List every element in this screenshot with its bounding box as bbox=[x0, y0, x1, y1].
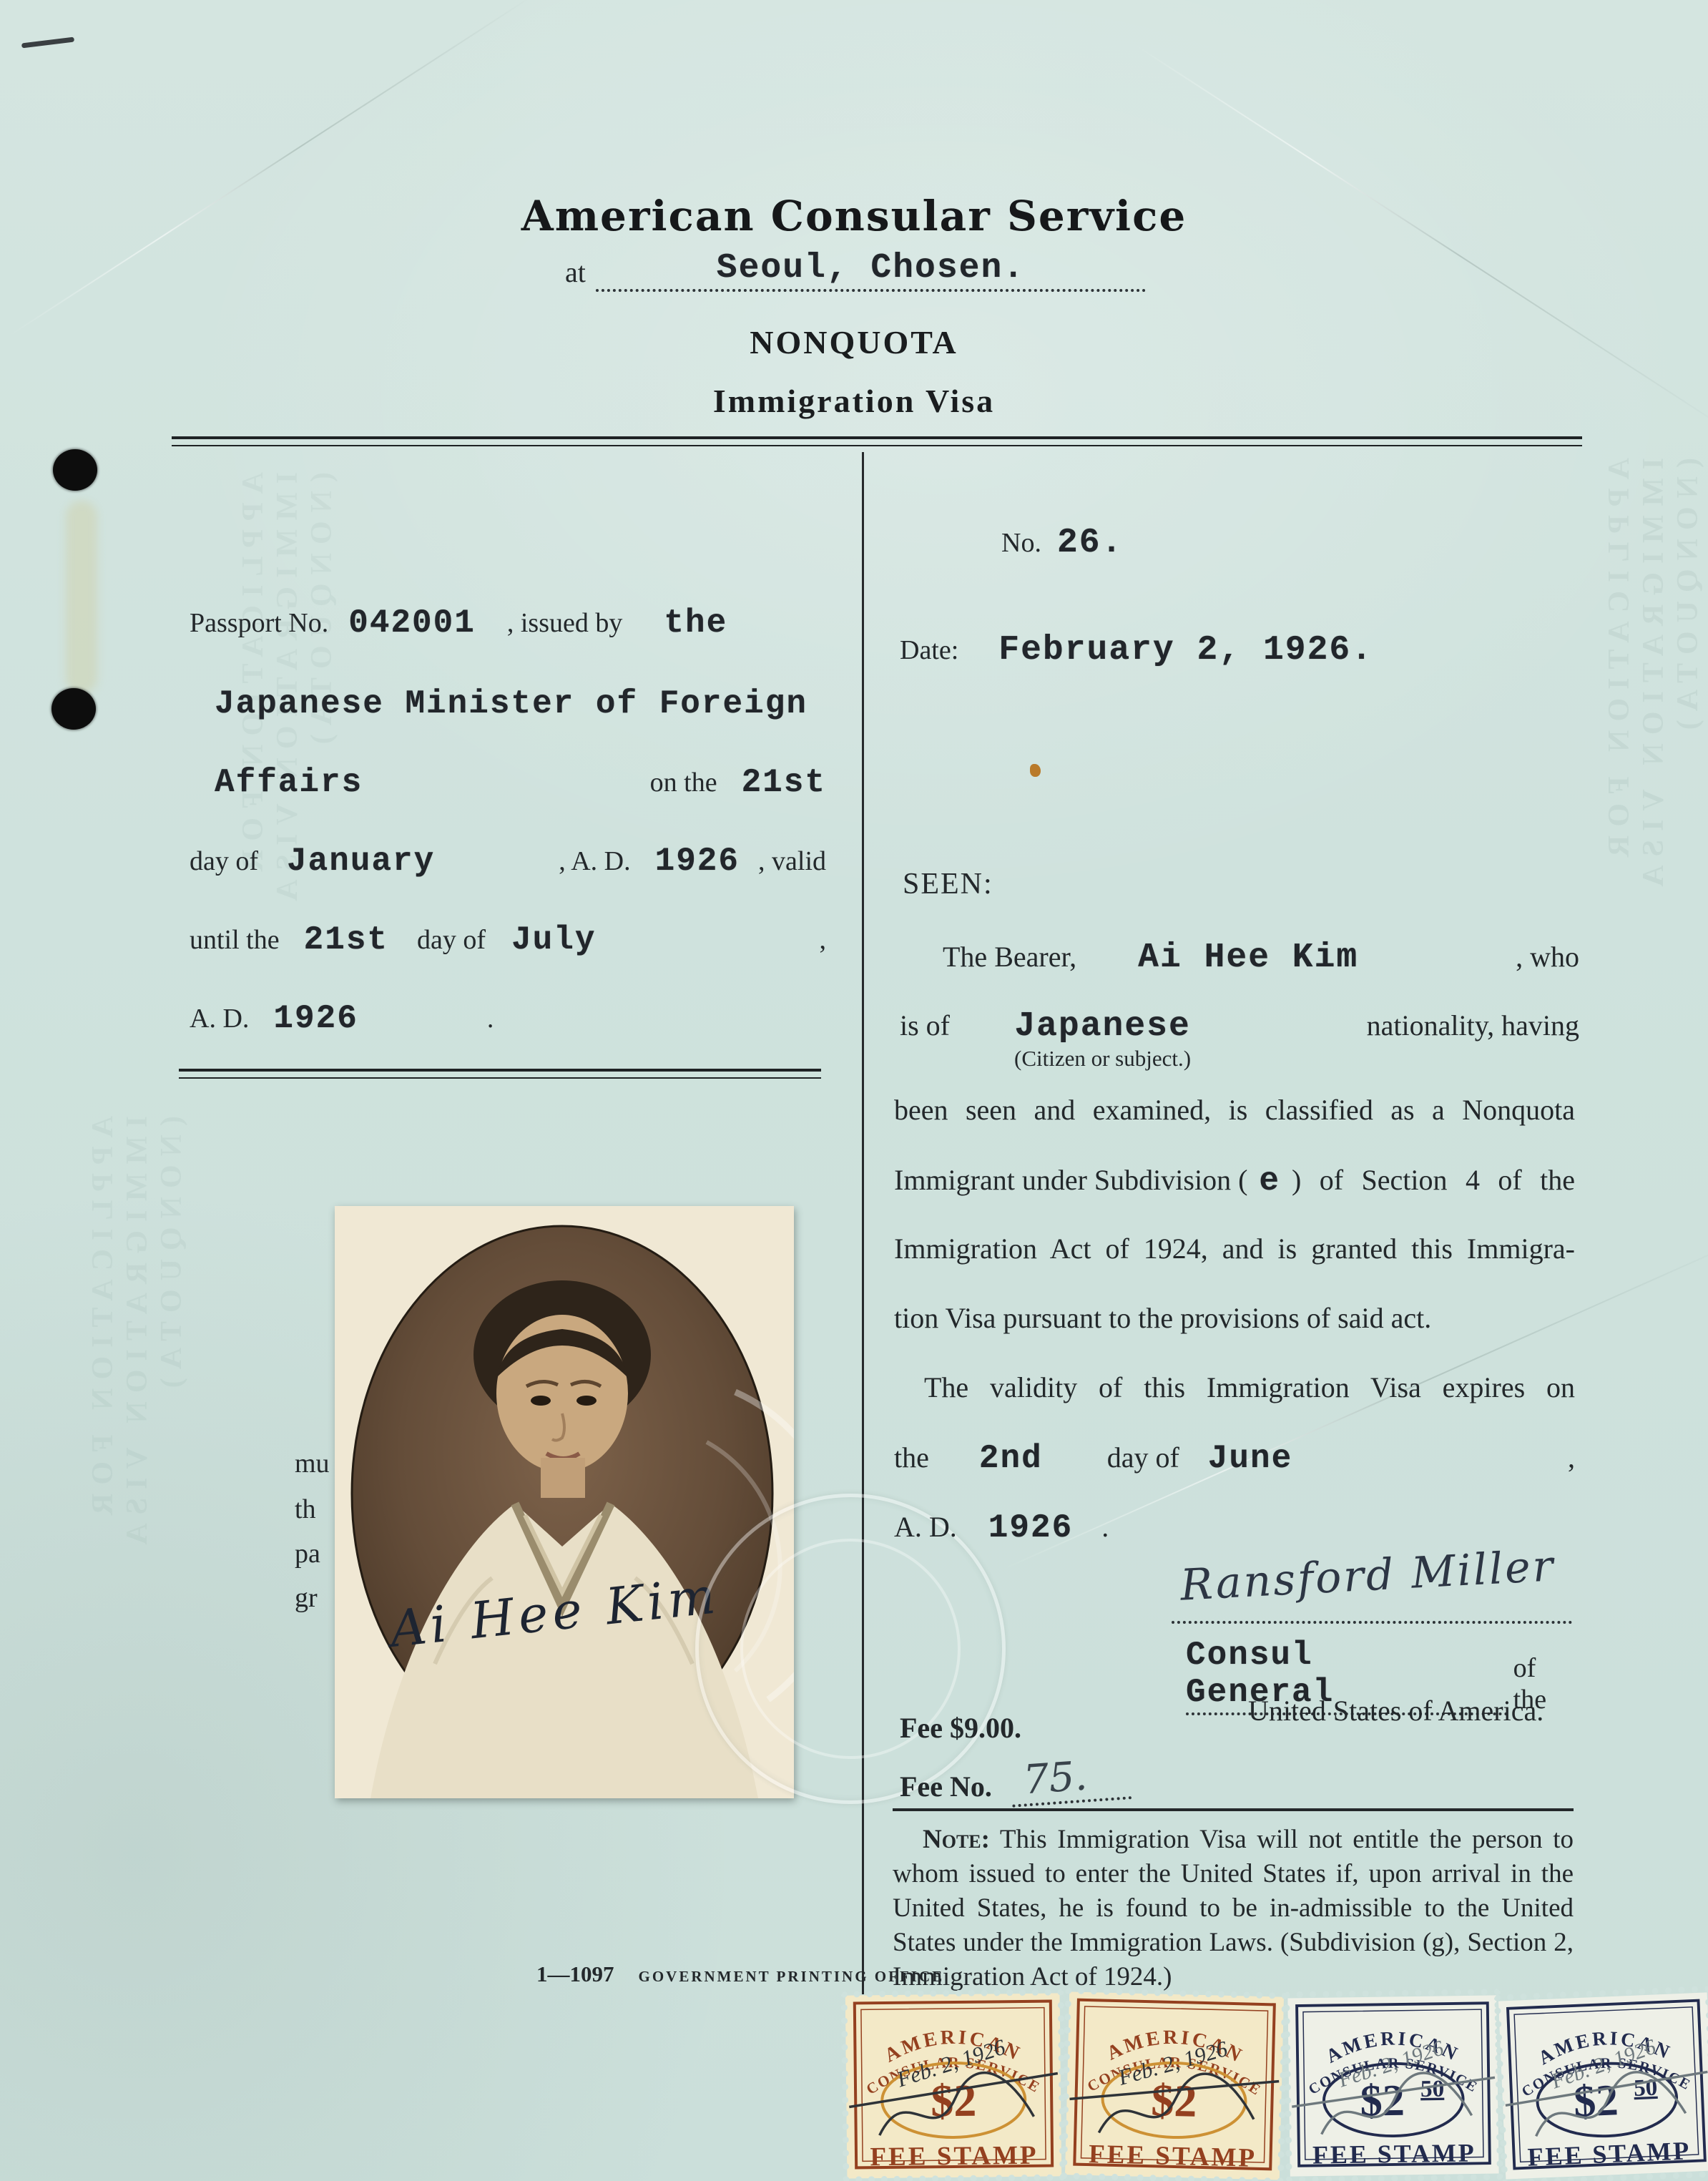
passport-line-1: Passport No. 042001 , issued by the bbox=[190, 604, 826, 642]
subdivision-letter: e bbox=[1259, 1162, 1280, 1200]
valid-day: 21st bbox=[304, 921, 388, 959]
fee-stamp-2-dollar: AMERICAN CONSULAR SERVICE $2 FEE STAMP F… bbox=[1065, 1991, 1284, 2180]
expiry-day: 2nd bbox=[979, 1440, 1043, 1477]
nationality-line: is of Japanese (Citizen or subject.) nat… bbox=[900, 1007, 1579, 1072]
stamp-text-bottom: FEE STAMP bbox=[1089, 2140, 1257, 2173]
seen-heading: SEEN: bbox=[903, 867, 993, 901]
issuer-word-3: Affairs bbox=[215, 764, 363, 801]
date-value: February 2, 1926. bbox=[998, 631, 1373, 670]
passport-line-2: Japanese Minister of Foreign bbox=[215, 685, 808, 722]
expiry-month: June bbox=[1208, 1440, 1292, 1477]
issued-by-label: , issued by bbox=[507, 607, 623, 639]
visa-number: 26. bbox=[1057, 524, 1123, 562]
header-rule-thin bbox=[172, 445, 1582, 446]
issuer-word-1: the bbox=[664, 604, 727, 642]
ghost-bleed-text: APPLICATION FOR IMMIGRATION VISA (NONQUO… bbox=[86, 1116, 189, 1731]
period: . bbox=[487, 1003, 494, 1034]
valid-month: July bbox=[511, 921, 596, 959]
issuing-post-line: at Seoul, Chosen. bbox=[565, 249, 1146, 292]
obscured-text-fragment: th bbox=[295, 1494, 316, 1525]
ad-label-2: A. D. bbox=[190, 1003, 249, 1034]
until-the-label: until the bbox=[190, 924, 280, 956]
note-label: Note: bbox=[923, 1825, 990, 1854]
body-line-1: been seen and examined, is classified as… bbox=[894, 1093, 1575, 1127]
gpo-imprint: 1—1097 GOVERNMENT PRINTING OFFICE bbox=[536, 1961, 944, 1987]
expiry-year-line: A. D. 1926 . bbox=[894, 1509, 1109, 1547]
obscured-text-fragment: mu bbox=[295, 1448, 330, 1479]
day-of-label: day of bbox=[1107, 1441, 1179, 1474]
issue-day: 21st bbox=[742, 764, 826, 801]
fee-stamp-2-50-dollar: AMERICAN CONSULAR SERVICE $2 50 FEE STAM… bbox=[1287, 1993, 1499, 2179]
date-label: Date: bbox=[900, 634, 958, 666]
valid-label: , valid bbox=[758, 846, 826, 877]
header-rule-thick bbox=[172, 436, 1582, 439]
is-of-label: is of bbox=[900, 1009, 950, 1042]
nonquota-heading: NONQUOTA bbox=[0, 323, 1708, 361]
note-rule bbox=[893, 1808, 1574, 1811]
visa-number-line: No. 26. bbox=[1001, 524, 1123, 562]
passport-line-3: Affairs on the 21st bbox=[215, 764, 826, 801]
bearer-name: Ai Hee Kim bbox=[1138, 938, 1358, 977]
the-label: the bbox=[894, 1441, 929, 1474]
fee-no-value: 75. bbox=[1009, 1750, 1132, 1807]
body-line-2a: Immigrant under Subdivision ( bbox=[894, 1163, 1247, 1197]
nationality-suffix: nationality, having bbox=[1367, 1009, 1579, 1042]
expiry-year: 1926 bbox=[988, 1509, 1073, 1547]
comma: , bbox=[1568, 1441, 1575, 1474]
left-rule-thin bbox=[179, 1077, 821, 1079]
issue-year: 1926 bbox=[655, 843, 740, 880]
comma: , bbox=[820, 924, 827, 956]
bearer-label: The Bearer, bbox=[943, 940, 1076, 974]
stamp-text-bottom: FEE STAMP bbox=[1312, 2138, 1476, 2169]
who-label: , who bbox=[1516, 940, 1579, 974]
issuer-word-2: Japanese Minister of Foreign bbox=[215, 685, 808, 722]
fold-crease bbox=[7, 0, 536, 337]
obscured-text-fragment: gr bbox=[295, 1582, 318, 1614]
note-paragraph: Note: This Immigration Visa will not ent… bbox=[893, 1823, 1574, 1994]
on-the-label: on the bbox=[650, 767, 717, 798]
passport-label: Passport No. bbox=[190, 607, 328, 639]
ad-label: , A. D. bbox=[559, 846, 630, 877]
paper-stain bbox=[66, 501, 97, 694]
nationality-stack: Japanese (Citizen or subject.) bbox=[1014, 1007, 1191, 1072]
day-of-label: day of bbox=[190, 846, 258, 877]
issue-month: January bbox=[287, 843, 435, 880]
stamp-text-bottom: FEE STAMP bbox=[870, 2141, 1038, 2172]
citizen-or-subject-note: (Citizen or subject.) bbox=[1014, 1046, 1191, 1072]
bearer-line: The Bearer, Ai Hee Kim , who bbox=[900, 938, 1579, 977]
body-line-5: The validity of this Immigration Visa ex… bbox=[894, 1371, 1575, 1404]
obscured-text-fragment: pa bbox=[295, 1538, 320, 1569]
page-title: American Consular Service bbox=[0, 192, 1708, 240]
no-label: No. bbox=[1001, 527, 1041, 559]
doc-type-heading: Immigration Visa bbox=[0, 382, 1708, 420]
fee-no-label: Fee No. bbox=[900, 1770, 992, 1803]
passport-line-5: until the 21st day of July , bbox=[190, 921, 826, 959]
passport-line-4: day of January , A. D. 1926 , valid bbox=[190, 843, 826, 880]
expiry-line: the 2nd day of June , bbox=[894, 1440, 1575, 1477]
usa-label: United States of America. bbox=[1248, 1694, 1543, 1727]
day-of-label-2: day of bbox=[417, 924, 486, 956]
nationality-value: Japanese bbox=[1014, 1007, 1190, 1046]
fee-number-line: Fee No. 75. bbox=[900, 1754, 1130, 1803]
date-line: Date: February 2, 1926. bbox=[900, 631, 1373, 670]
signature-line bbox=[1172, 1589, 1572, 1624]
visa-document-page: APPLICATION FOR IMMIGRATION VISA (NONQUO… bbox=[0, 0, 1708, 2181]
ink-speck bbox=[1030, 764, 1041, 777]
form-number: 1—1097 bbox=[536, 1961, 614, 1987]
note-body: This Immigration Visa will not entitle t… bbox=[893, 1825, 1574, 1991]
passport-number: 042001 bbox=[348, 604, 476, 642]
body-line-2b: ) of Section 4 of the bbox=[1292, 1163, 1575, 1197]
fee-stamp-row: AMERICAN CONSULAR SERVICE $2 FEE STAMP F… bbox=[0, 1994, 1708, 2181]
fee-stamp-2-dollar: AMERICAN CONSULAR SERVICE $2 FEE STAMP F… bbox=[845, 1993, 1062, 2178]
issuing-post-value: Seoul, Chosen. bbox=[596, 249, 1146, 292]
ad-label: A. D. bbox=[894, 1510, 957, 1544]
fee-amount: Fee $9.00. bbox=[900, 1711, 1021, 1745]
body-line-2: Immigrant under Subdivision ( e ) of Sec… bbox=[894, 1162, 1575, 1200]
fee-stamp-2-50-dollar: AMERICAN CONSULAR SERVICE $2 50 FEE STAM… bbox=[1498, 1990, 1708, 2181]
passport-line-6: A. D. 1926 . bbox=[190, 1000, 494, 1037]
ghost-bleed-text: APPLICATION FOR IMMIGRATION VISA (NONQUO… bbox=[1602, 458, 1705, 1173]
hole-punch-top bbox=[53, 449, 97, 491]
at-label: at bbox=[565, 255, 586, 292]
period: . bbox=[1101, 1510, 1109, 1544]
valid-year: 1926 bbox=[273, 1000, 358, 1037]
pen-mark bbox=[21, 37, 74, 49]
body-line-4: tion Visa pursuant to the provisions of … bbox=[894, 1301, 1575, 1335]
hole-punch-bottom bbox=[51, 688, 96, 730]
body-line-3: Immigration Act of 1924, and is granted … bbox=[894, 1232, 1575, 1265]
left-rule-thick bbox=[179, 1069, 821, 1072]
